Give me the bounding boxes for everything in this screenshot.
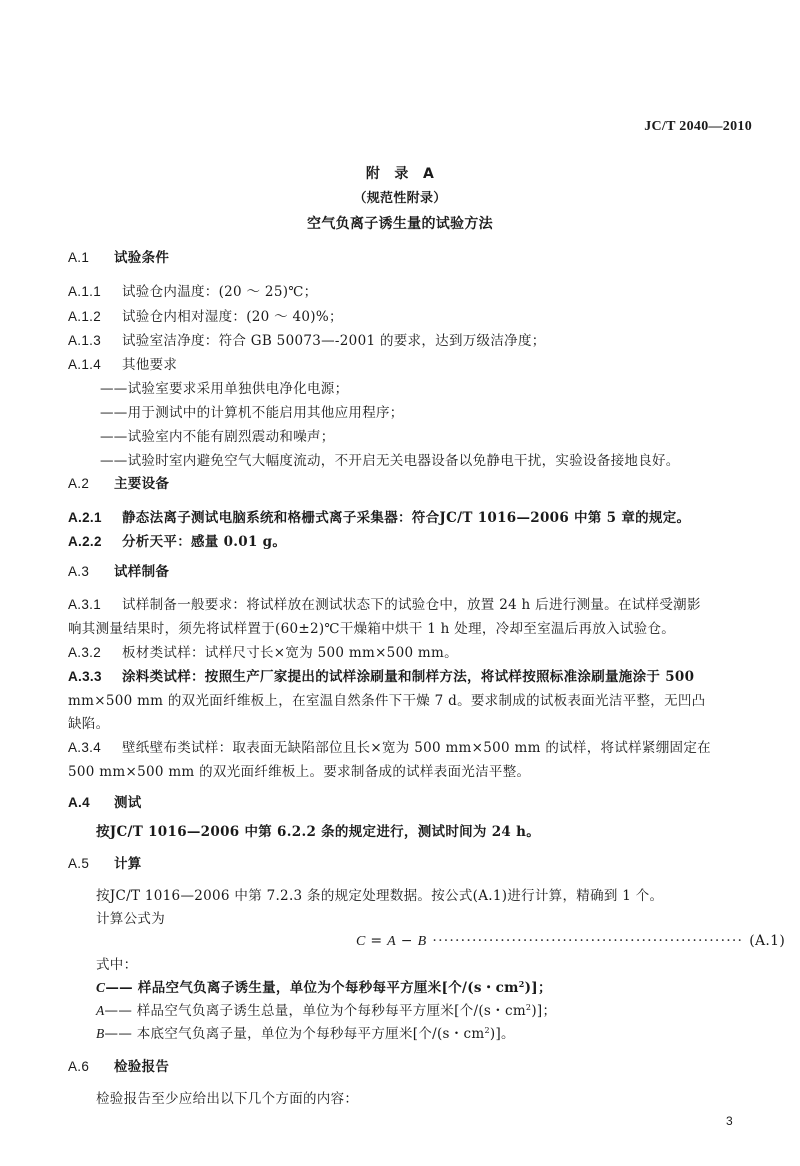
formula-label: (A.1) [749,933,785,949]
bullet-item: ——试验室内不能有剧烈震动和噪声； [100,428,335,446]
section-number: A.5 [68,855,114,873]
definition-b: B—— 本底空气负离子量，单位为个每秒每平方厘米[个/(s・cm2)]。 [96,1025,515,1043]
page-number: 3 [726,1112,733,1130]
section-title: 试样制备 [114,564,169,580]
clause-a1-3: A.1.3试验室洁净度：符合 GB 50073—-2001 的要求，达到万级洁净… [68,332,546,350]
section-title: 检验报告 [114,1059,169,1075]
bullet-item: ——试验时室内避免空气大幅度流动，不开启无关电器设备以免静电干扰，实验设备接地良… [100,452,680,470]
clause-a2-1: A.2.1静态法离子测试电脑系统和格栅式离子采集器：符合JC/T 1016—20… [68,509,690,527]
standard-code: JC/T 2040—2010 [644,118,752,136]
section-heading-a4: A.4测试 [68,794,142,812]
clause-a3-3: A.3.3涂料类试样：按照生产厂家提出的试样涂刷量和制样方法，将试样按照标准涂刷… [68,668,694,686]
clause-a3-4-cont: 500 mm×500 mm 的双光面纤维板上。要求制备成的试样表面光洁平整。 [68,763,530,781]
section-title: 测试 [114,795,142,811]
formula-intro: 计算公式为 [96,910,165,928]
clause-a3-1: A.3.1试样制备一般要求：将试样放在测试状态下的试验仓中，放置 24 h 后进… [68,596,701,614]
appendix-type: （规范性附录） [0,190,800,208]
appendix-title: 附 录 A [0,165,800,183]
section-heading-a5: A.5计算 [68,855,142,873]
clause-a2-2: A.2.2分析天平：感量 0.01 g。 [68,533,286,551]
leader-dots: ········································… [432,933,743,949]
section-a6-body: 检验报告至少应给出以下几个方面的内容： [96,1090,358,1108]
section-heading-a6: A.6检验报告 [68,1058,169,1076]
section-number: A.2 [68,475,114,493]
formula-a1: C = A − B·······························… [356,932,785,951]
clause-a1-4: A.1.4其他要求 [68,356,177,374]
section-number: A.6 [68,1058,114,1076]
clause-a1-1: A.1.1试验仓内温度：(20 ～ 25)℃； [68,283,317,301]
section-a4-body: 按JC/T 1016—2006 中第 6.2.2 条的规定进行，测试时间为 24… [96,823,540,841]
section-heading-a3: A.3试样制备 [68,563,169,581]
bullet-item: ——用于测试中的计算机不能启用其他应用程序； [100,404,404,422]
section-title: 计算 [114,856,142,872]
clause-a3-1-cont: 响其测量结果时，须先将试样置于(60±2)℃干燥箱中烘干 1 h 处理，冷却至室… [68,620,675,638]
appendix-subject: 空气负离子诱生量的试验方法 [0,215,800,233]
definition-a: A—— 样品空气负离子诱生总量，单位为个每秒每平方厘米[个/(s・cm2)]； [96,1002,556,1020]
clause-a3-4: A.3.4壁纸壁布类试样：取表面无缺陷部位且长×宽为 500 mm×500 mm… [68,739,711,757]
bullet-item: ——试验室要求采用单独供电净化电源； [100,380,348,398]
section-title: 主要设备 [114,476,169,492]
definition-c: C—— 样品空气负离子诱生量，单位为个每秒每平方厘米[个/(s・cm2)]； [96,979,552,997]
where-label: 式中： [96,956,137,974]
section-number: A.4 [68,794,114,812]
clause-a3-2: A.3.2板材类试样：试样尺寸长×宽为 500 mm×500 mm。 [68,644,458,662]
clause-a3-3-cont: mm×500 mm 的双光面纤维板上，在室温自然条件下干燥 7 d。要求制成的试… [68,692,705,710]
clause-a3-3-cont: 缺陷。 [68,715,109,733]
section-heading-a2: A.2主要设备 [68,475,169,493]
section-a5-body: 按JC/T 1016—2006 中第 7.2.3 条的规定处理数据。按公式(A.… [96,887,663,905]
section-number: A.1 [68,249,114,267]
section-title: 试验条件 [114,250,169,266]
section-number: A.3 [68,563,114,581]
section-heading-a1: A.1试验条件 [68,249,169,267]
clause-a1-2: A.1.2试验仓内相对湿度：(20 ～ 40)%； [68,308,343,326]
